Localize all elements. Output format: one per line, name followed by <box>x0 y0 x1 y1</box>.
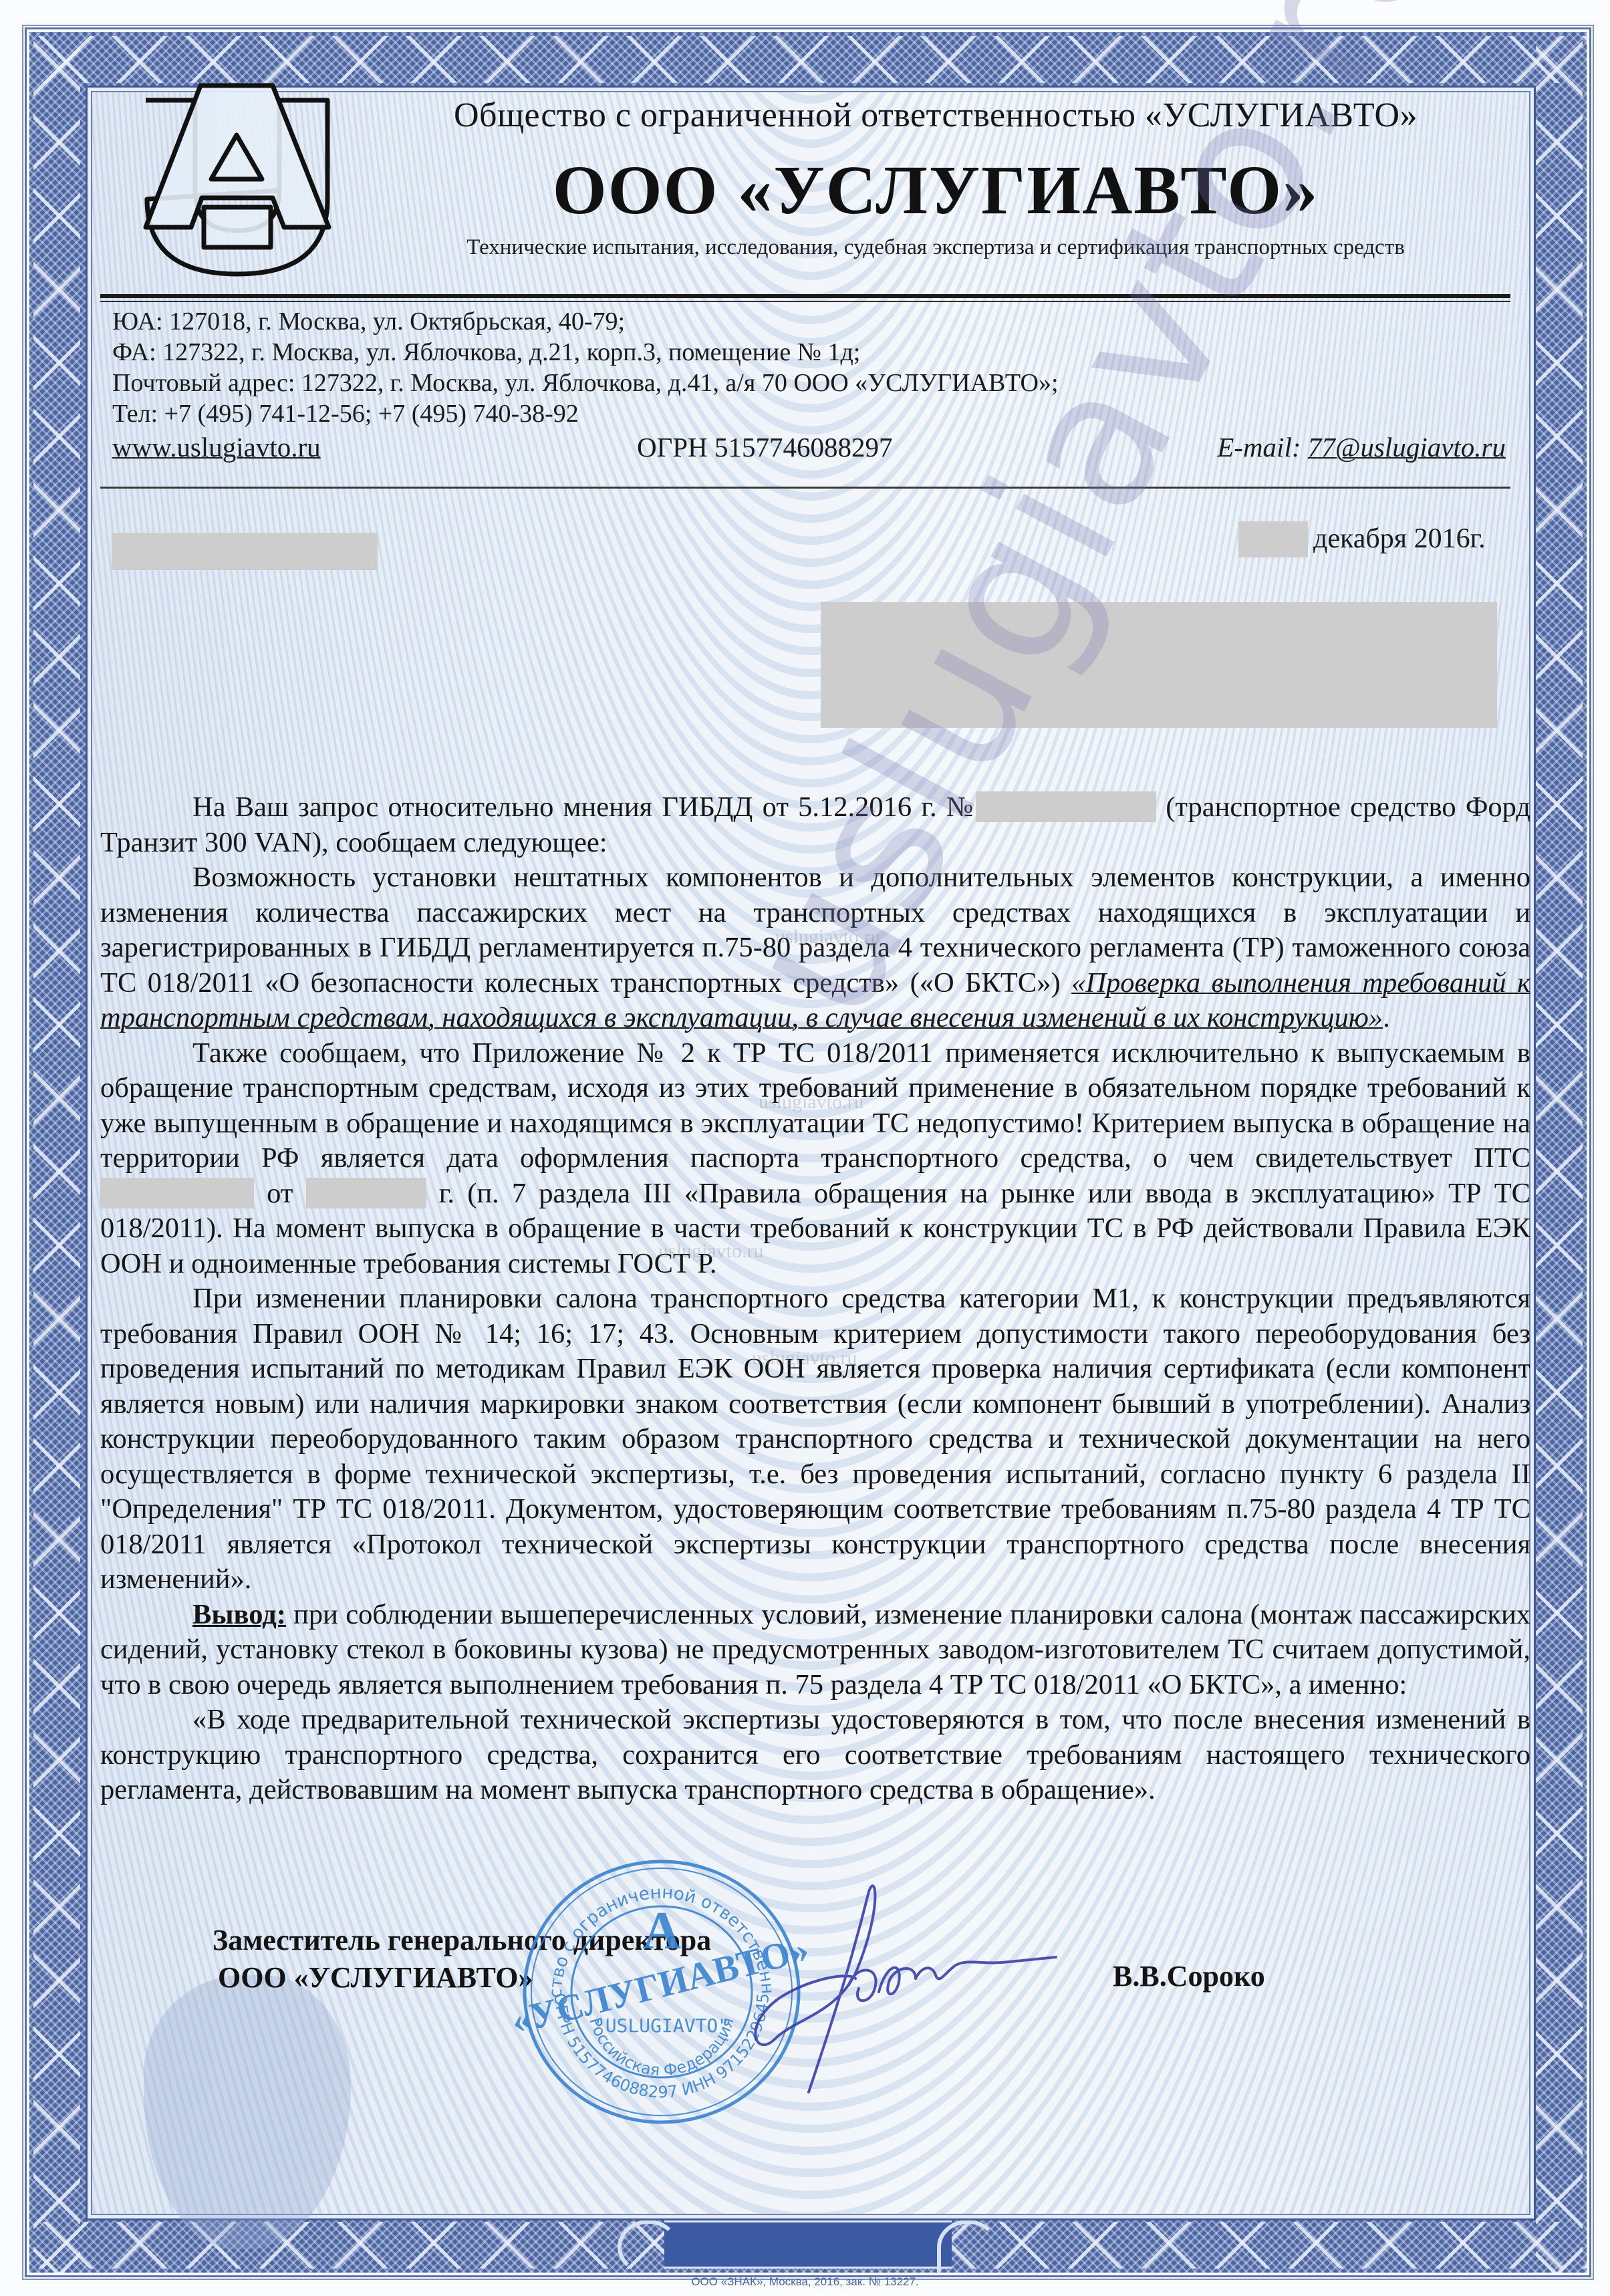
border-ornament-bottom <box>664 2220 952 2269</box>
paragraph-quote: «В ходе предварительной технической эксп… <box>100 1702 1530 1808</box>
email-contact: E-mail: 77@uslugiavto.ru <box>1217 431 1506 463</box>
contact-row: www.uslugiavto.ru ОГРН 5157746088297 E-m… <box>112 431 1506 471</box>
redacted-day <box>1238 521 1308 557</box>
org-short-name: ООО «УСЛУГИАВТО» <box>414 150 1457 230</box>
paragraph-layout-change: При изменении планировки салона транспор… <box>100 1281 1530 1598</box>
ogrn-number: ОГРН 5157746088297 <box>637 431 892 463</box>
border-pattern-right <box>1536 32 1583 2273</box>
redacted-recipient <box>821 602 1497 728</box>
org-tagline: Технические испытания, исследования, суд… <box>374 235 1497 260</box>
letterhead-divider <box>100 294 1510 302</box>
website-link[interactable]: www.uslugiavto.ru <box>112 431 321 463</box>
redacted-request-number <box>976 791 1156 822</box>
org-full-name: Общество с ограниченной ответственностью… <box>401 96 1470 135</box>
phone-numbers: Тел: +7 (495) 741-12-56; +7 (495) 740-38… <box>112 398 1059 429</box>
address-block: ЮА: 127018, г. Москва, ул. Октябрьская, … <box>112 306 1059 429</box>
email-label: E-mail: <box>1217 432 1301 463</box>
paragraph-appendix: Также сообщаем, что Приложение № 2 к ТР … <box>100 1036 1530 1282</box>
svg-text:A: A <box>642 1902 681 1960</box>
actual-address: ФА: 127322, г. Москва, ул. Яблочкова, д.… <box>112 337 1059 368</box>
printer-imprint: ООО «ЗНАК», Москва, 2016, зак. № 13227. <box>0 2275 1610 2289</box>
signatory-name: В.В.Сороко <box>1113 1959 1265 1993</box>
contact-divider <box>100 487 1510 489</box>
postal-address: Почтовый адрес: 127322, г. Москва, ул. Я… <box>112 368 1059 398</box>
redacted-pts-date <box>306 1178 426 1208</box>
paragraph-regulation: Возможность установки нештатных компонен… <box>100 860 1530 1036</box>
paragraph-request: На Ваш запрос относительно мнения ГИБДД … <box>100 790 1530 860</box>
redacted-outgoing-number <box>112 533 378 570</box>
email-link[interactable]: 77@uslugiavto.ru <box>1308 432 1506 463</box>
letter-body: На Ваш запрос относительно мнения ГИБДД … <box>100 790 1530 1808</box>
conclusion-label: Вывод: <box>192 1599 286 1630</box>
handwritten-signature-icon <box>715 1865 1063 2106</box>
redacted-pts-number <box>100 1178 254 1208</box>
au-monogram-icon <box>120 74 354 284</box>
border-pattern-left <box>33 32 80 2273</box>
letter-date: декабря 2016г. <box>1313 523 1486 555</box>
legal-address: ЮА: 127018, г. Москва, ул. Октябрьская, … <box>112 306 1059 337</box>
paragraph-conclusion: Вывод: при соблюдении вышеперечисленных … <box>100 1598 1530 1703</box>
